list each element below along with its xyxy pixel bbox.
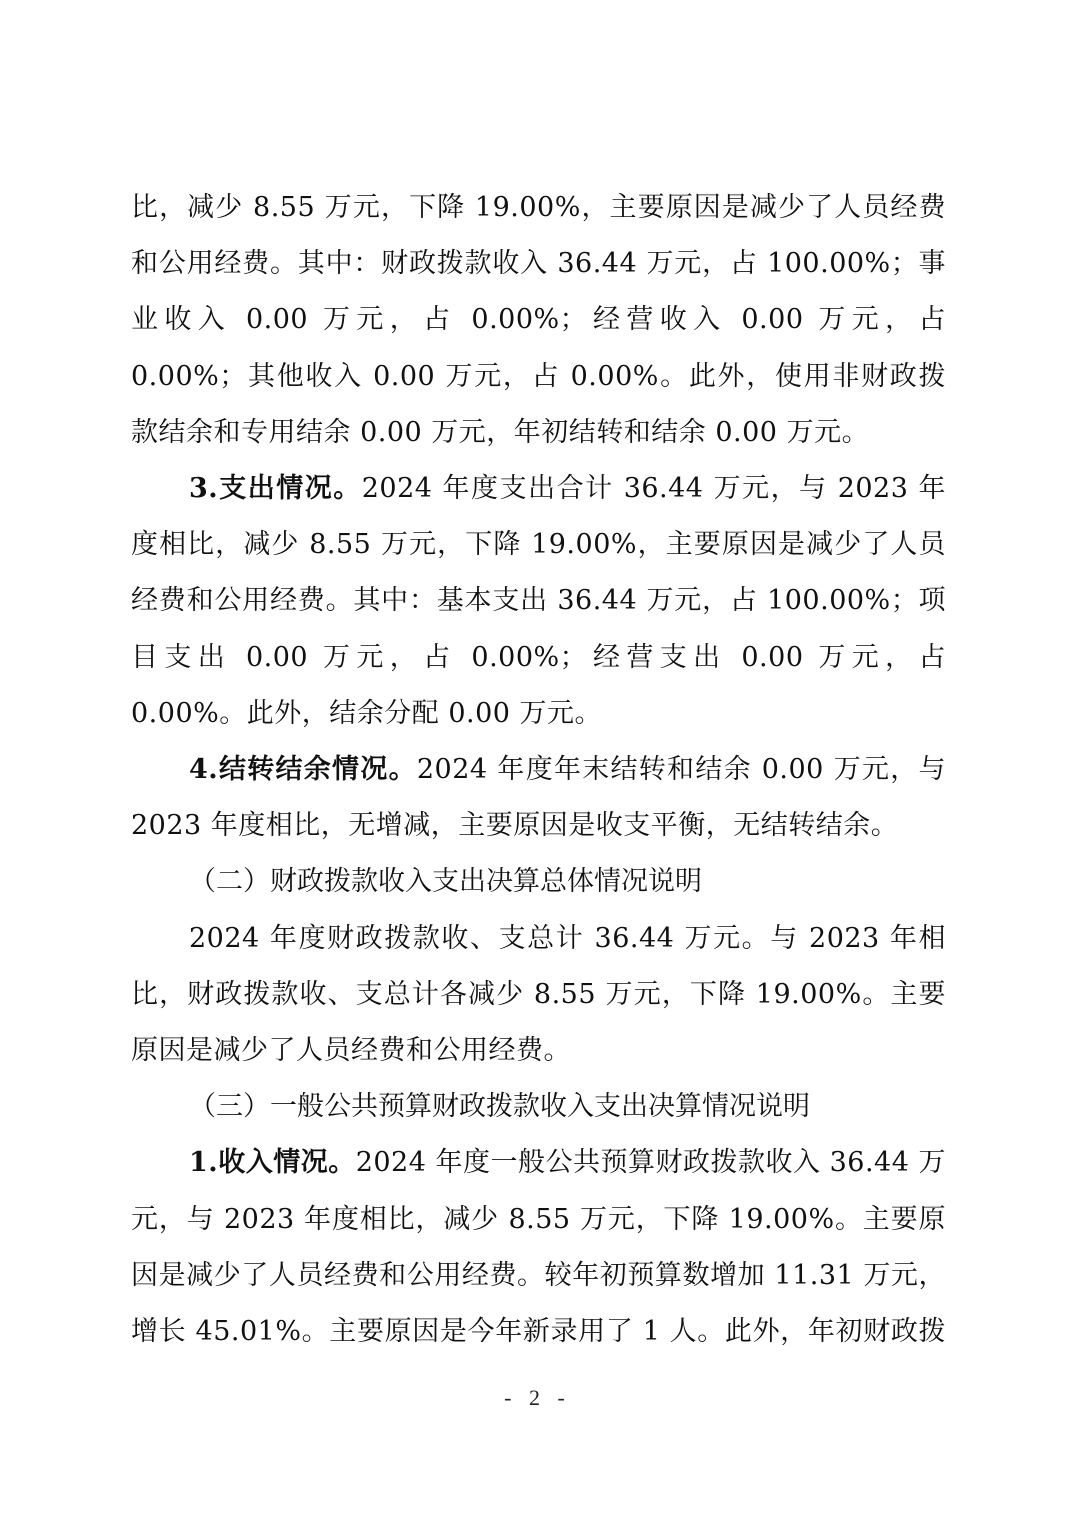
- section-title: （二）财政拨款收入支出决算总体情况说明: [189, 866, 702, 897]
- section-heading-2: （二）财政拨款收入支出决算总体情况说明: [131, 854, 946, 910]
- document-body: 比，减少 8.55 万元，下降 19.00%，主要原因是减少了人员经费和公用经费…: [131, 180, 946, 1360]
- paragraph-heading: 1.收入情况。: [189, 1147, 356, 1178]
- page-number: - 2 -: [0, 1385, 1075, 1411]
- paragraph-text: 比，减少 8.55 万元，下降 19.00%，主要原因是减少了人员经费和公用经费…: [131, 192, 946, 448]
- paragraph-text: 2024 年度支出合计 36.44 万元，与 2023 年度相比，减少 8.55…: [131, 473, 946, 729]
- paragraph-heading: 4.结转结余情况。: [189, 754, 417, 785]
- document-page: 比，减少 8.55 万元，下降 19.00%，主要原因是减少了人员经费和公用经费…: [0, 0, 1075, 1520]
- paragraph-section-2-body: 2024 年度财政拨款收、支总计 36.44 万元。与 2023 年相比，财政拨…: [131, 911, 946, 1080]
- paragraph-expenditure: 3.支出情况。2024 年度支出合计 36.44 万元，与 2023 年度相比，…: [131, 461, 946, 742]
- section-heading-3: （三）一般公共预算财政拨款收入支出决算情况说明: [131, 1079, 946, 1135]
- paragraph-carryover: 4.结转结余情况。2024 年度年末结转和结余 0.00 万元，与 2023 年…: [131, 742, 946, 854]
- paragraph-text: 2024 年度财政拨款收、支总计 36.44 万元。与 2023 年相比，财政拨…: [131, 923, 946, 1066]
- section-title: （三）一般公共预算财政拨款收入支出决算情况说明: [189, 1091, 810, 1122]
- paragraph-income-continuation: 比，减少 8.55 万元，下降 19.00%，主要原因是减少了人员经费和公用经费…: [131, 180, 946, 461]
- paragraph-heading: 3.支出情况。: [189, 473, 362, 504]
- paragraph-gpb-income: 1.收入情况。2024 年度一般公共预算财政拨款收入 36.44 万元，与 20…: [131, 1135, 946, 1360]
